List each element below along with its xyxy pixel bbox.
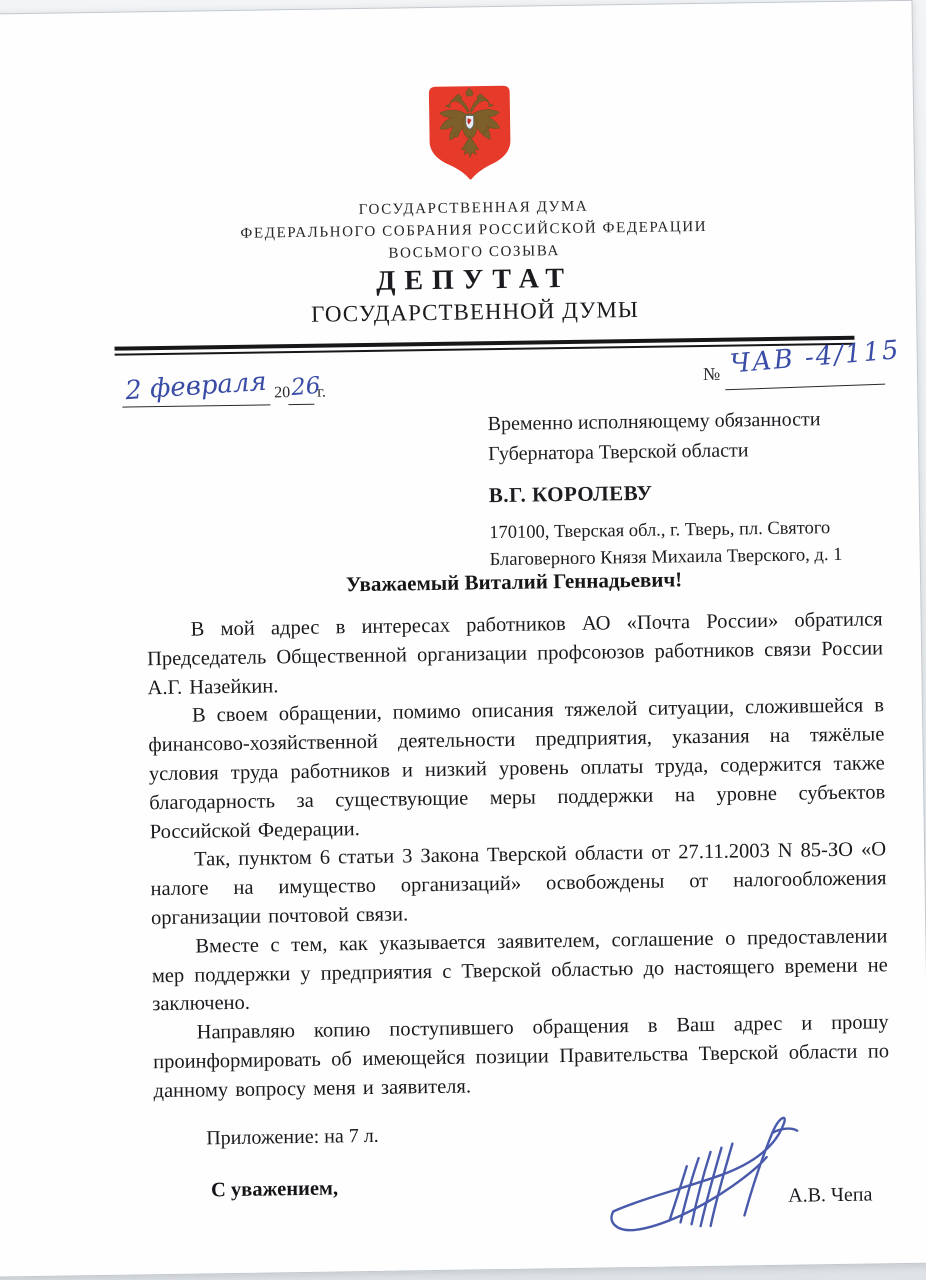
letterhead-org-block: ГОСУДАРСТВЕННАЯ ДУМА ФЕДЕРАЛЬНОГО СОБРАН… (10, 190, 926, 270)
year-underline (288, 404, 314, 405)
number-underline (725, 384, 885, 391)
paragraph-1: В мой адрес в интересах работников АО «П… (147, 605, 884, 702)
date-printed-suffix: г. (317, 384, 326, 402)
signer-name: А.В. Чепа (788, 1184, 873, 1208)
paragraph-3: Так, пунктом 6 статьи 3 Закона Тверской … (150, 836, 887, 933)
addressee-block: Временно исполняющему обязанности Губерн… (487, 403, 889, 574)
russia-coat-of-arms-icon (421, 83, 519, 184)
date-printed-century: 20 (274, 384, 290, 402)
letter-page: ГОСУДАРСТВЕННАЯ ДУМА ФЕДЕРАЛЬНОГО СОБРАН… (0, 0, 926, 1278)
signature-scribble (604, 1109, 806, 1264)
paragraph-2: В своем обращении, помимо описания тяжел… (148, 692, 886, 847)
paragraph-5: Направляю копию поступившего обращения в… (153, 1008, 890, 1105)
letter-content: ГОСУДАРСТВЕННАЯ ДУМА ФЕДЕРАЛЬНОГО СОБРАН… (0, 1, 926, 1277)
attachment-note: Приложение: на 7 л. (206, 1125, 379, 1151)
scanned-letter-screenshot: ГОСУДАРСТВЕННАЯ ДУМА ФЕДЕРАЛЬНОГО СОБРАН… (0, 0, 926, 1280)
handwritten-date: 2 февраля (124, 367, 267, 406)
letter-body: В мой адрес в интересах работников АО «П… (147, 605, 890, 1105)
addressee-name: В.Г. КОРОЛЕВУ (489, 477, 889, 508)
closing-phrase: С уважением, (211, 1177, 338, 1202)
number-sign-label: № (703, 364, 720, 385)
salutation: Уважаемый Виталий Геннадьевич! (146, 564, 882, 600)
addressee-position-line-2: Губернатора Тверской области (488, 433, 888, 469)
paragraph-4: Вместе с тем, как указывается заявителем… (151, 922, 888, 1019)
